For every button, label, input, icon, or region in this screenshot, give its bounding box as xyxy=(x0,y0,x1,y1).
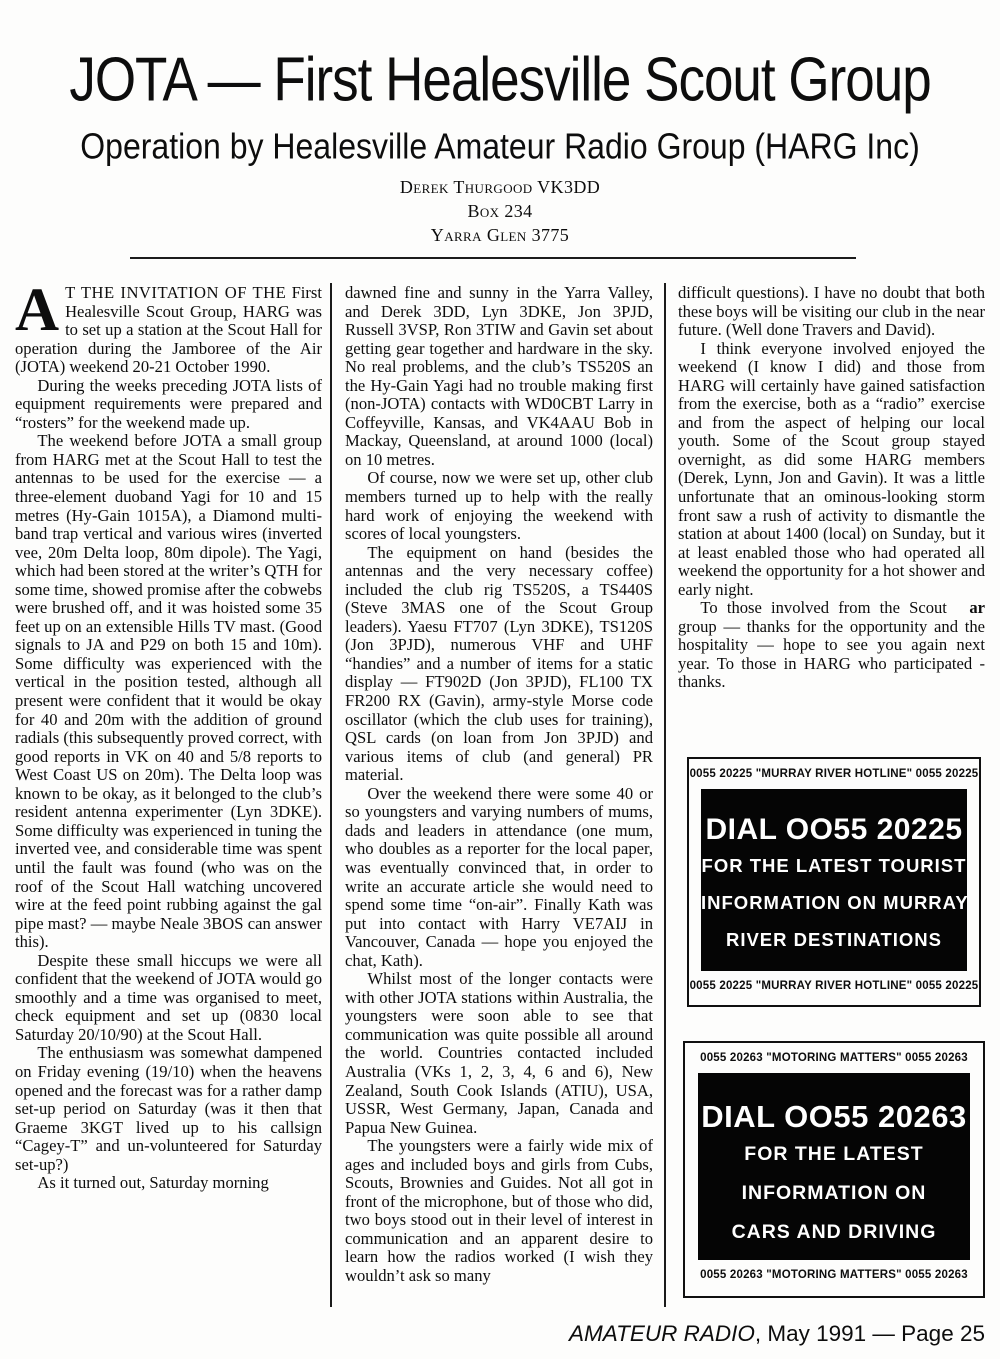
advert-line: RIVER DESTINATIONS xyxy=(701,921,967,958)
advert-line: INFORMATION ON xyxy=(698,1174,970,1213)
advert-motoring-matters: 0055 20263 "MOTORING MATTERS" 0055 20263… xyxy=(683,1041,985,1298)
paragraph: The enthusiasm was somewhat dampened on … xyxy=(15,1044,322,1174)
paragraph-dropcap: A T THE INVITATION OF THE First Healesvi… xyxy=(15,284,322,377)
byline-address-line2: Yarra Glen 3775 xyxy=(0,223,1000,247)
paragraph: Despite these small hiccups we were all … xyxy=(15,952,322,1045)
paragraph: As it turned out, Saturday morning xyxy=(15,1174,322,1193)
drop-cap: A xyxy=(15,284,65,335)
lead-in-caps: T THE INVITATION OF THE xyxy=(65,284,286,302)
paragraph: difficult questions). I have no doubt th… xyxy=(678,284,985,340)
paragraph-last: ar To those involved from the Scout grou… xyxy=(678,599,985,692)
byline-author: Derek Thurgood VK3DD xyxy=(0,175,1000,199)
page-footer: AMATEUR RADIO, May 1991 — Page 25 xyxy=(569,1321,985,1347)
advert-caption-top: 0055 20263 "MOTORING MATTERS" 0055 20263 xyxy=(685,1052,983,1064)
magazine-name: AMATEUR RADIO xyxy=(569,1321,755,1346)
paragraph: Of course, now we were set up, other clu… xyxy=(345,469,653,543)
advert-headline: DIAL OO55 20225 xyxy=(701,789,967,847)
article-end-marker: ar xyxy=(947,599,985,618)
article-column-3: difficult questions). I have no doubt th… xyxy=(678,284,985,754)
advert-line: CARS AND DRIVING xyxy=(698,1213,970,1252)
footer-issue-page: , May 1991 — Page 25 xyxy=(755,1321,985,1346)
column-divider-rule xyxy=(330,283,332,1307)
article-column-1: A T THE INVITATION OF THE First Healesvi… xyxy=(15,284,322,1324)
paragraph: During the weeks preceding JOTA lists of… xyxy=(15,377,322,433)
advert-murray-river-hotline: 0055 20225 "MURRAY RIVER HOTLINE" 0055 2… xyxy=(687,757,981,1007)
paragraph: I think everyone involved enjoyed the we… xyxy=(678,340,985,600)
article-column-2: dawned fine and sunny in the Yarra Valle… xyxy=(345,284,653,1324)
byline-address-line1: Box 234 xyxy=(0,199,1000,223)
magazine-page: JOTA — First Healesville Scout Group Ope… xyxy=(0,0,1000,1359)
advert-black-panel: DIAL OO55 20225 FOR THE LATEST TOURIST I… xyxy=(701,789,967,971)
advert-headline: DIAL OO55 20263 xyxy=(698,1073,970,1135)
paragraph: Whilst most of the longer contacts were … xyxy=(345,970,653,1137)
paragraph: The equipment on hand (besides the anten… xyxy=(345,544,653,785)
header-divider-rule xyxy=(130,257,856,259)
advert-black-panel: DIAL OO55 20263 FOR THE LATEST INFORMATI… xyxy=(698,1073,970,1260)
paragraph: The weekend before JOTA a small group fr… xyxy=(15,432,322,951)
paragraph: Over the weekend there were some 40 or s… xyxy=(345,785,653,970)
paragraph: dawned fine and sunny in the Yarra Valle… xyxy=(345,284,653,469)
paragraph-text: To those involved from the Scout group —… xyxy=(678,598,985,691)
paragraph: The youngsters were a fairly wide mix of… xyxy=(345,1137,653,1285)
advert-caption-bottom: 0055 20225 "MURRAY RIVER HOTLINE" 0055 2… xyxy=(689,980,979,992)
page-subtitle: Operation by Healesville Amateur Radio G… xyxy=(0,126,1000,167)
advert-line: INFORMATION ON MURRAY xyxy=(701,884,967,921)
advert-caption-top: 0055 20225 "MURRAY RIVER HOTLINE" 0055 2… xyxy=(689,768,979,780)
advert-line: FOR THE LATEST xyxy=(698,1135,970,1174)
byline: Derek Thurgood VK3DD Box 234 Yarra Glen … xyxy=(0,175,1000,247)
page-title: JOTA — First Healesville Scout Group xyxy=(0,44,1000,116)
advert-line: FOR THE LATEST TOURIST xyxy=(701,847,967,884)
advert-caption-bottom: 0055 20263 "MOTORING MATTERS" 0055 20263 xyxy=(685,1269,983,1281)
column-divider-rule xyxy=(664,283,666,1307)
